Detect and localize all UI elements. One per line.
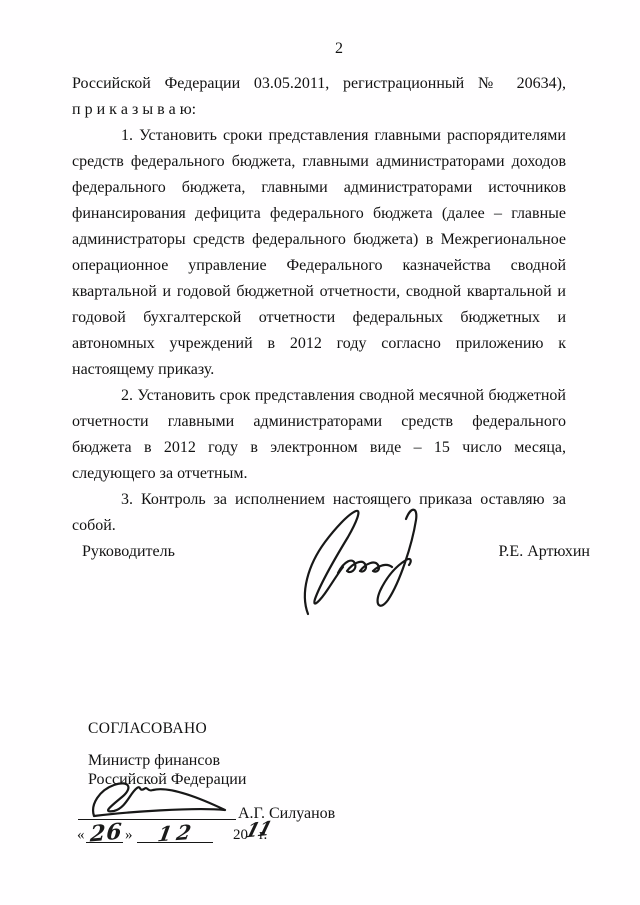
handwritten-month: 12 bbox=[156, 820, 198, 847]
signer-name: Р.Е. Артюхин bbox=[499, 543, 590, 561]
approver-title-line-1: Министр финансов bbox=[88, 752, 246, 771]
handwritten-day: 26 bbox=[89, 818, 123, 847]
signer-position-title: Руководитель bbox=[82, 543, 175, 561]
date-open-quote: « bbox=[77, 827, 85, 844]
date-close-quote: » bbox=[125, 827, 133, 844]
continuation-line: Российской Федерации 03.05.2011, регистр… bbox=[72, 71, 566, 97]
siluanov-signature-icon bbox=[82, 780, 237, 822]
paragraph-2: 2. Установить срок представления сводной… bbox=[72, 383, 566, 487]
order-word-line: п р и к а з ы в а ю: bbox=[72, 97, 566, 123]
date-year-suffix: г. bbox=[259, 827, 267, 844]
document-body: Российской Федерации 03.05.2011, регистр… bbox=[72, 71, 566, 539]
paragraph-1: 1. Установить сроки представления главны… bbox=[72, 123, 566, 383]
scanned-document-page: 2 Российской Федерации 03.05.2011, регис… bbox=[0, 0, 640, 905]
page-number: 2 bbox=[0, 40, 640, 58]
approval-heading: СОГЛАСОВАНО bbox=[88, 720, 207, 738]
artyukhin-signature-icon bbox=[278, 497, 423, 622]
